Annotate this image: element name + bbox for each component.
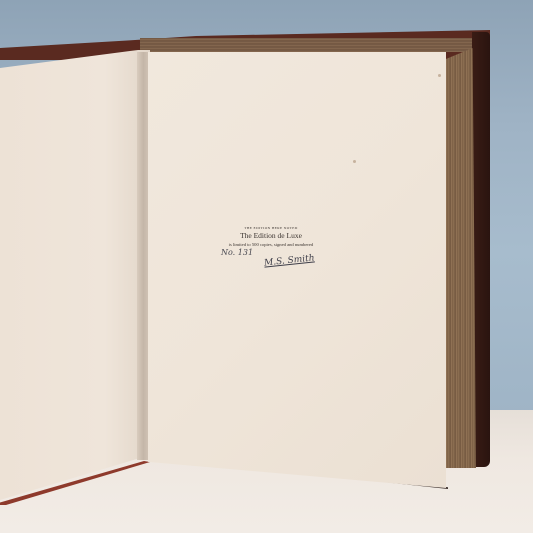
left-page bbox=[0, 50, 150, 500]
page-block-top-edge bbox=[140, 38, 475, 52]
limitation-title: The Edition de Luxe bbox=[210, 231, 332, 241]
page-block-fore-edge bbox=[442, 48, 476, 468]
limitation-statement: THE EDITION HERE NOTED The Edition de Lu… bbox=[210, 226, 332, 248]
right-page bbox=[148, 52, 446, 488]
foxing-spot bbox=[353, 160, 356, 163]
limitation-body: is limited to 500 copies, signed and num… bbox=[210, 241, 332, 248]
copy-number: No. 131 bbox=[221, 248, 253, 257]
foxing-spot bbox=[438, 74, 441, 77]
